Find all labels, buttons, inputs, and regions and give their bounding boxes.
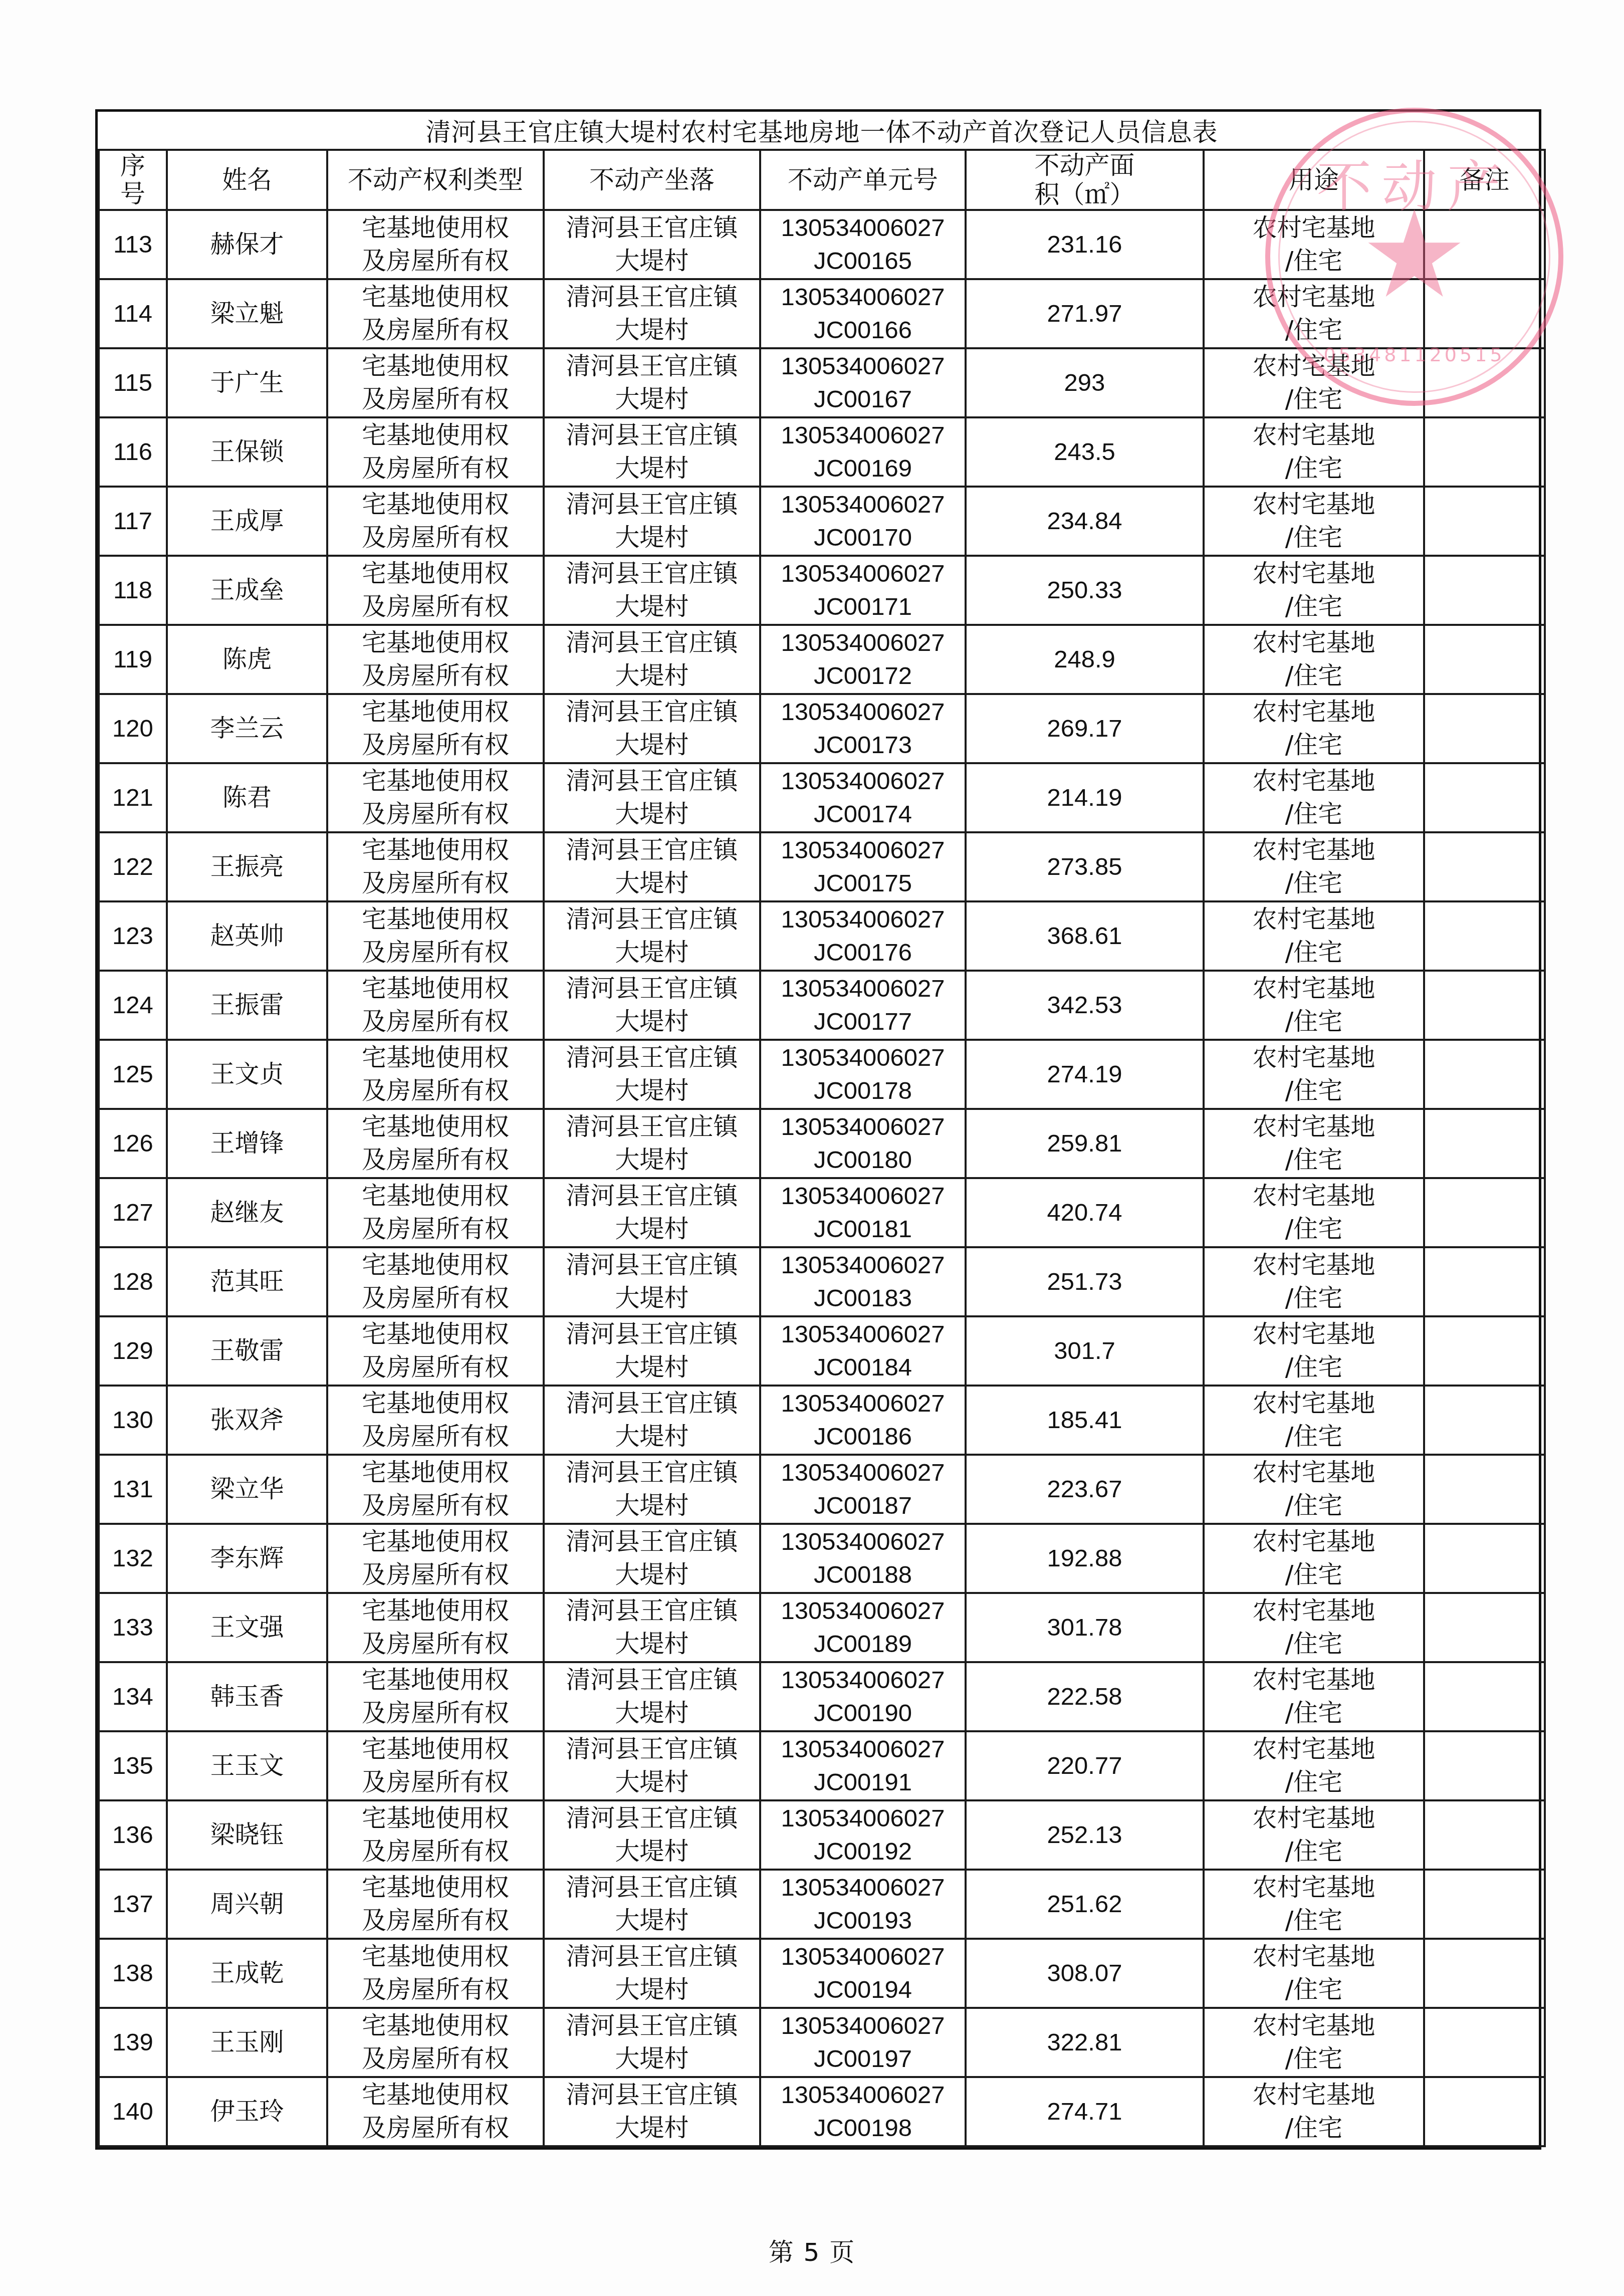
cell-location: 清河县王官庄镇 大堤村 <box>544 1662 760 1731</box>
cell-right-type: 宅基地使用权 及房屋所有权 <box>327 348 544 417</box>
cell-name: 范其旺 <box>167 1247 327 1316</box>
cell-location-line2: 大堤村 <box>545 1766 759 1799</box>
cell-name: 王敬雷 <box>167 1316 327 1386</box>
cell-unit-no-line2: JC00187 <box>761 1489 965 1522</box>
cell-location-line2: 大堤村 <box>545 729 759 762</box>
cell-right-type-line2: 及房屋所有权 <box>328 521 543 554</box>
table-row: 125 王文贞 宅基地使用权 及房屋所有权 清河县王官庄镇 大堤村 130534… <box>99 1040 1545 1109</box>
cell-location-line1: 清河县王官庄镇 <box>545 419 759 452</box>
cell-use-line2: /住宅 <box>1205 659 1423 693</box>
cell-seq: 132 <box>99 1524 167 1593</box>
cell-unit-no: 130534006027 JC00187 <box>760 1455 966 1524</box>
cell-location-line1: 清河县王官庄镇 <box>545 1664 759 1697</box>
cell-area: 251.62 <box>966 1870 1204 1939</box>
cell-right-type-line2: 及房屋所有权 <box>328 383 543 416</box>
cell-right-type-line2: 及房屋所有权 <box>328 729 543 762</box>
cell-unit-no-line1: 130534006027 <box>761 419 965 452</box>
header-right-type: 不动产权利类型 <box>327 150 544 210</box>
table-row: 122 王振亮 宅基地使用权 及房屋所有权 清河县王官庄镇 大堤村 130534… <box>99 832 1545 901</box>
cell-location-line2: 大堤村 <box>545 867 759 900</box>
cell-right-type-line1: 宅基地使用权 <box>328 1664 543 1697</box>
cell-right-type-line2: 及房屋所有权 <box>328 314 543 347</box>
cell-use-line1: 农村宅基地 <box>1205 1180 1423 1213</box>
cell-area: 259.81 <box>966 1109 1204 1178</box>
cell-location-line1: 清河县王官庄镇 <box>545 903 759 936</box>
cell-location-line2: 大堤村 <box>545 1558 759 1591</box>
table-row: 127 赵继友 宅基地使用权 及房屋所有权 清河县王官庄镇 大堤村 130534… <box>99 1178 1545 1247</box>
cell-right-type-line2: 及房屋所有权 <box>328 1282 543 1315</box>
cell-location: 清河县王官庄镇 大堤村 <box>544 1316 760 1386</box>
cell-unit-no-line1: 130534006027 <box>761 1733 965 1766</box>
cell-right-type: 宅基地使用权 及房屋所有权 <box>327 1524 544 1593</box>
cell-area: 192.88 <box>966 1524 1204 1593</box>
cell-unit-no-line2: JC00170 <box>761 521 965 554</box>
cell-unit-no-line2: JC00193 <box>761 1904 965 1937</box>
cell-area: 420.74 <box>966 1178 1204 1247</box>
cell-location-line1: 清河县王官庄镇 <box>545 1249 759 1282</box>
cell-use-line1: 农村宅基地 <box>1205 696 1423 729</box>
cell-note <box>1424 279 1545 348</box>
cell-unit-no: 130534006027 JC00180 <box>760 1109 966 1178</box>
cell-location-line2: 大堤村 <box>545 1351 759 1384</box>
cell-right-type-line2: 及房屋所有权 <box>328 867 543 900</box>
cell-use-line2: /住宅 <box>1205 2112 1423 2145</box>
cell-right-type-line1: 宅基地使用权 <box>328 903 543 936</box>
cell-use-line1: 农村宅基地 <box>1205 1110 1423 1143</box>
cell-seq: 130 <box>99 1386 167 1455</box>
cell-seq: 138 <box>99 1939 167 2008</box>
cell-seq: 117 <box>99 487 167 556</box>
cell-right-type-line1: 宅基地使用权 <box>328 1249 543 1282</box>
cell-right-type: 宅基地使用权 及房屋所有权 <box>327 556 544 625</box>
cell-note <box>1424 210 1545 279</box>
cell-unit-no-line2: JC00184 <box>761 1351 965 1384</box>
table-row: 117 王成厚 宅基地使用权 及房屋所有权 清河县王官庄镇 大堤村 130534… <box>99 487 1545 556</box>
cell-area: 301.7 <box>966 1316 1204 1386</box>
cell-name: 梁晓钰 <box>167 1800 327 1870</box>
cell-right-type-line2: 及房屋所有权 <box>328 1766 543 1799</box>
cell-use-line1: 农村宅基地 <box>1205 903 1423 936</box>
cell-location-line2: 大堤村 <box>545 452 759 485</box>
cell-right-type-line1: 宅基地使用权 <box>328 972 543 1005</box>
cell-use-line1: 农村宅基地 <box>1205 1249 1423 1282</box>
cell-area: 274.71 <box>966 2077 1204 2146</box>
cell-unit-no-line2: JC00167 <box>761 383 965 416</box>
cell-seq: 115 <box>99 348 167 417</box>
cell-location-line2: 大堤村 <box>545 1213 759 1246</box>
cell-right-type: 宅基地使用权 及房屋所有权 <box>327 1316 544 1386</box>
cell-unit-no-line2: JC00180 <box>761 1143 965 1177</box>
cell-unit-no-line1: 130534006027 <box>761 2079 965 2112</box>
table-row: 140 伊玉玲 宅基地使用权 及房屋所有权 清河县王官庄镇 大堤村 130534… <box>99 2077 1545 2146</box>
cell-location-line2: 大堤村 <box>545 1005 759 1038</box>
cell-use: 农村宅基地 /住宅 <box>1204 1731 1424 1800</box>
cell-unit-no-line2: JC00194 <box>761 1973 965 2006</box>
cell-right-type: 宅基地使用权 及房屋所有权 <box>327 971 544 1040</box>
header-area: 不动产面 积（㎡） <box>966 150 1204 210</box>
cell-use: 农村宅基地 /住宅 <box>1204 1939 1424 2008</box>
cell-right-type-line2: 及房屋所有权 <box>328 1628 543 1661</box>
cell-seq: 135 <box>99 1731 167 1800</box>
cell-use-line1: 农村宅基地 <box>1205 2079 1423 2112</box>
header-area-line1: 不动产面 <box>967 151 1203 180</box>
cell-location-line1: 清河县王官庄镇 <box>545 1180 759 1213</box>
cell-use-line1: 农村宅基地 <box>1205 1733 1423 1766</box>
cell-unit-no-line2: JC00183 <box>761 1282 965 1315</box>
cell-area: 252.13 <box>966 1800 1204 1870</box>
cell-location: 清河县王官庄镇 大堤村 <box>544 210 760 279</box>
cell-name: 陈虎 <box>167 625 327 694</box>
cell-use: 农村宅基地 /住宅 <box>1204 1593 1424 1662</box>
cell-location-line1: 清河县王官庄镇 <box>545 2079 759 2112</box>
cell-use: 农村宅基地 /住宅 <box>1204 1662 1424 1731</box>
cell-use: 农村宅基地 /住宅 <box>1204 1524 1424 1593</box>
cell-unit-no: 130534006027 JC00197 <box>760 2008 966 2077</box>
cell-use-line2: /住宅 <box>1205 314 1423 347</box>
cell-right-type-line1: 宅基地使用权 <box>328 2009 543 2042</box>
cell-unit-no-line2: JC00188 <box>761 1558 965 1591</box>
cell-unit-no-line1: 130534006027 <box>761 765 965 798</box>
cell-unit-no: 130534006027 JC00181 <box>760 1178 966 1247</box>
cell-area: 220.77 <box>966 1731 1204 1800</box>
cell-location: 清河县王官庄镇 大堤村 <box>544 1178 760 1247</box>
cell-location-line2: 大堤村 <box>545 1904 759 1937</box>
cell-unit-no: 130534006027 JC00183 <box>760 1247 966 1316</box>
cell-use-line2: /住宅 <box>1205 1697 1423 1730</box>
cell-note <box>1424 901 1545 971</box>
cell-note <box>1424 1178 1545 1247</box>
cell-right-type-line1: 宅基地使用权 <box>328 1871 543 1904</box>
cell-use: 农村宅基地 /住宅 <box>1204 1455 1424 1524</box>
cell-location-line2: 大堤村 <box>545 245 759 278</box>
cell-location-line2: 大堤村 <box>545 314 759 347</box>
cell-use: 农村宅基地 /住宅 <box>1204 2077 1424 2146</box>
cell-unit-no-line2: JC00189 <box>761 1628 965 1661</box>
cell-location-line1: 清河县王官庄镇 <box>545 2009 759 2042</box>
cell-name: 王文强 <box>167 1593 327 1662</box>
cell-location: 清河县王官庄镇 大堤村 <box>544 1455 760 1524</box>
table-row: 113 赫保才 宅基地使用权 及房屋所有权 清河县王官庄镇 大堤村 130534… <box>99 210 1545 279</box>
cell-name: 王玉刚 <box>167 2008 327 2077</box>
table-row: 139 王玉刚 宅基地使用权 及房屋所有权 清河县王官庄镇 大堤村 130534… <box>99 2008 1545 2077</box>
cell-location: 清河县王官庄镇 大堤村 <box>544 1593 760 1662</box>
header-name: 姓名 <box>167 150 327 210</box>
cell-use: 农村宅基地 /住宅 <box>1204 901 1424 971</box>
cell-location: 清河县王官庄镇 大堤村 <box>544 1524 760 1593</box>
cell-location-line2: 大堤村 <box>545 659 759 693</box>
cell-note <box>1424 487 1545 556</box>
cell-location: 清河县王官庄镇 大堤村 <box>544 1386 760 1455</box>
cell-name: 李兰云 <box>167 694 327 763</box>
cell-right-type-line2: 及房屋所有权 <box>328 1835 543 1868</box>
cell-unit-no-line1: 130534006027 <box>761 834 965 867</box>
cell-right-type: 宅基地使用权 及房屋所有权 <box>327 1731 544 1800</box>
cell-name: 王成厚 <box>167 487 327 556</box>
cell-unit-no-line1: 130534006027 <box>761 972 965 1005</box>
cell-seq: 113 <box>99 210 167 279</box>
cell-use: 农村宅基地 /住宅 <box>1204 1870 1424 1939</box>
cell-unit-no: 130534006027 JC00191 <box>760 1731 966 1800</box>
cell-unit-no-line1: 130534006027 <box>761 211 965 245</box>
cell-note <box>1424 1939 1545 2008</box>
cell-seq: 133 <box>99 1593 167 1662</box>
cell-right-type-line1: 宅基地使用权 <box>328 488 543 521</box>
cell-unit-no-line2: JC00186 <box>761 1420 965 1453</box>
cell-use-line1: 农村宅基地 <box>1205 1041 1423 1074</box>
cell-area: 368.61 <box>966 901 1204 971</box>
cell-seq: 123 <box>99 901 167 971</box>
cell-area: 231.16 <box>966 210 1204 279</box>
cell-use-line2: /住宅 <box>1205 1420 1423 1453</box>
cell-name: 王振雷 <box>167 971 327 1040</box>
cell-seq: 122 <box>99 832 167 901</box>
cell-location-line1: 清河县王官庄镇 <box>545 488 759 521</box>
cell-location-line2: 大堤村 <box>545 1835 759 1868</box>
cell-location-line1: 清河县王官庄镇 <box>545 1940 759 1973</box>
title-row: 清河县王官庄镇大堤村农村宅基地房地一体不动产首次登记人员信息表 <box>99 112 1545 150</box>
cell-unit-no: 130534006027 JC00194 <box>760 1939 966 2008</box>
cell-unit-no-line2: JC00198 <box>761 2112 965 2145</box>
header-row: 序 号 姓名 不动产权利类型 不动产坐落 不动产单元号 不动产面 积（㎡） 用途… <box>99 150 1545 210</box>
table-row: 132 李东辉 宅基地使用权 及房屋所有权 清河县王官庄镇 大堤村 130534… <box>99 1524 1545 1593</box>
cell-unit-no-line2: JC00172 <box>761 659 965 693</box>
cell-use-line2: /住宅 <box>1205 798 1423 831</box>
cell-unit-no-line1: 130534006027 <box>761 1387 965 1420</box>
cell-location-line2: 大堤村 <box>545 383 759 416</box>
cell-location: 清河县王官庄镇 大堤村 <box>544 487 760 556</box>
cell-use: 农村宅基地 /住宅 <box>1204 1316 1424 1386</box>
cell-unit-no-line1: 130534006027 <box>761 1664 965 1697</box>
cell-use-line2: /住宅 <box>1205 867 1423 900</box>
page-number: 第 5 页 <box>0 2232 1624 2268</box>
cell-note <box>1424 625 1545 694</box>
cell-use-line2: /住宅 <box>1205 2042 1423 2076</box>
cell-use-line2: /住宅 <box>1205 1489 1423 1522</box>
cell-use-line2: /住宅 <box>1205 1005 1423 1038</box>
cell-use: 农村宅基地 /住宅 <box>1204 1386 1424 1455</box>
cell-right-type-line1: 宅基地使用权 <box>328 1733 543 1766</box>
cell-location: 清河县王官庄镇 大堤村 <box>544 1939 760 2008</box>
cell-use: 农村宅基地 /住宅 <box>1204 625 1424 694</box>
table-row: 118 王成垒 宅基地使用权 及房屋所有权 清河县王官庄镇 大堤村 130534… <box>99 556 1545 625</box>
cell-location-line1: 清河县王官庄镇 <box>545 696 759 729</box>
cell-unit-no-line2: JC00166 <box>761 314 965 347</box>
table-row: 137 周兴朝 宅基地使用权 及房屋所有权 清河县王官庄镇 大堤村 130534… <box>99 1870 1545 1939</box>
table-row: 120 李兰云 宅基地使用权 及房屋所有权 清河县王官庄镇 大堤村 130534… <box>99 694 1545 763</box>
cell-right-type-line1: 宅基地使用权 <box>328 2079 543 2112</box>
cell-unit-no: 130534006027 JC00174 <box>760 763 966 832</box>
cell-right-type-line1: 宅基地使用权 <box>328 1318 543 1351</box>
table-row: 123 赵英帅 宅基地使用权 及房屋所有权 清河县王官庄镇 大堤村 130534… <box>99 901 1545 971</box>
cell-right-type-line2: 及房屋所有权 <box>328 1697 543 1730</box>
cell-location: 清河县王官庄镇 大堤村 <box>544 1870 760 1939</box>
cell-right-type-line2: 及房屋所有权 <box>328 1558 543 1591</box>
cell-note <box>1424 2077 1545 2146</box>
cell-location: 清河县王官庄镇 大堤村 <box>544 1040 760 1109</box>
cell-location-line2: 大堤村 <box>545 1074 759 1107</box>
cell-right-type-line1: 宅基地使用权 <box>328 1940 543 1973</box>
cell-name: 于广生 <box>167 348 327 417</box>
cell-unit-no-line2: JC00191 <box>761 1766 965 1799</box>
cell-use-line1: 农村宅基地 <box>1205 2009 1423 2042</box>
cell-unit-no-line1: 130534006027 <box>761 488 965 521</box>
cell-use: 农村宅基地 /住宅 <box>1204 417 1424 487</box>
cell-use-line2: /住宅 <box>1205 936 1423 969</box>
cell-unit-no: 130534006027 JC00198 <box>760 2077 966 2146</box>
cell-use: 农村宅基地 /住宅 <box>1204 2008 1424 2077</box>
cell-use: 农村宅基地 /住宅 <box>1204 832 1424 901</box>
cell-right-type-line1: 宅基地使用权 <box>328 765 543 798</box>
cell-use-line2: /住宅 <box>1205 729 1423 762</box>
cell-location-line1: 清河县王官庄镇 <box>545 1387 759 1420</box>
cell-location-line2: 大堤村 <box>545 1628 759 1661</box>
cell-unit-no: 130534006027 JC00166 <box>760 279 966 348</box>
cell-right-type-line2: 及房屋所有权 <box>328 1904 543 1937</box>
table-row: 136 梁晓钰 宅基地使用权 及房屋所有权 清河县王官庄镇 大堤村 130534… <box>99 1800 1545 1870</box>
cell-area: 301.78 <box>966 1593 1204 1662</box>
cell-use-line1: 农村宅基地 <box>1205 1387 1423 1420</box>
cell-unit-no: 130534006027 JC00172 <box>760 625 966 694</box>
cell-note <box>1424 417 1545 487</box>
cell-use-line2: /住宅 <box>1205 1213 1423 1246</box>
cell-unit-no-line1: 130534006027 <box>761 1456 965 1489</box>
header-unit-no: 不动产单元号 <box>760 150 966 210</box>
cell-unit-no-line1: 130534006027 <box>761 350 965 383</box>
cell-location-line2: 大堤村 <box>545 936 759 969</box>
table-row: 133 王文强 宅基地使用权 及房屋所有权 清河县王官庄镇 大堤村 130534… <box>99 1593 1545 1662</box>
cell-location-line2: 大堤村 <box>545 1973 759 2006</box>
cell-right-type: 宅基地使用权 及房屋所有权 <box>327 694 544 763</box>
cell-right-type-line1: 宅基地使用权 <box>328 1387 543 1420</box>
cell-location-line2: 大堤村 <box>545 1697 759 1730</box>
cell-location-line1: 清河县王官庄镇 <box>545 1041 759 1074</box>
cell-location-line2: 大堤村 <box>545 1143 759 1177</box>
cell-use-line1: 农村宅基地 <box>1205 488 1423 521</box>
cell-note <box>1424 1247 1545 1316</box>
cell-name: 韩玉香 <box>167 1662 327 1731</box>
cell-unit-no-line2: JC00174 <box>761 798 965 831</box>
cell-area: 223.67 <box>966 1455 1204 1524</box>
cell-unit-no: 130534006027 JC00176 <box>760 901 966 971</box>
table-row: 126 王增锋 宅基地使用权 及房屋所有权 清河县王官庄镇 大堤村 130534… <box>99 1109 1545 1178</box>
table-row: 129 王敬雷 宅基地使用权 及房屋所有权 清河县王官庄镇 大堤村 130534… <box>99 1316 1545 1386</box>
cell-right-type-line2: 及房屋所有权 <box>328 936 543 969</box>
cell-location-line2: 大堤村 <box>545 798 759 831</box>
cell-unit-no-line1: 130534006027 <box>761 557 965 590</box>
table-row: 115 于广生 宅基地使用权 及房屋所有权 清河县王官庄镇 大堤村 130534… <box>99 348 1545 417</box>
cell-right-type-line1: 宅基地使用权 <box>328 834 543 867</box>
cell-use-line2: /住宅 <box>1205 1835 1423 1868</box>
cell-use-line2: /住宅 <box>1205 452 1423 485</box>
cell-seq: 137 <box>99 1870 167 1939</box>
cell-seq: 129 <box>99 1316 167 1386</box>
cell-location: 清河县王官庄镇 大堤村 <box>544 2077 760 2146</box>
cell-name: 梁立魁 <box>167 279 327 348</box>
cell-location-line1: 清河县王官庄镇 <box>545 972 759 1005</box>
table-row: 134 韩玉香 宅基地使用权 及房屋所有权 清河县王官庄镇 大堤村 130534… <box>99 1662 1545 1731</box>
registration-table: 清河县王官庄镇大堤村农村宅基地房地一体不动产首次登记人员信息表 序 号 姓名 不… <box>98 112 1546 2147</box>
cell-location-line1: 清河县王官庄镇 <box>545 1802 759 1835</box>
cell-unit-no-line2: JC00175 <box>761 867 965 900</box>
cell-unit-no-line1: 130534006027 <box>761 2009 965 2042</box>
cell-name: 王成垒 <box>167 556 327 625</box>
cell-area: 269.17 <box>966 694 1204 763</box>
cell-seq: 121 <box>99 763 167 832</box>
cell-unit-no: 130534006027 JC00173 <box>760 694 966 763</box>
cell-use-line1: 农村宅基地 <box>1205 1594 1423 1628</box>
cell-location-line1: 清河县王官庄镇 <box>545 626 759 659</box>
cell-right-type: 宅基地使用权 及房屋所有权 <box>327 279 544 348</box>
cell-location: 清河县王官庄镇 大堤村 <box>544 279 760 348</box>
cell-right-type-line1: 宅基地使用权 <box>328 1594 543 1628</box>
cell-unit-no-line1: 130534006027 <box>761 1318 965 1351</box>
cell-right-type: 宅基地使用权 及房屋所有权 <box>327 1109 544 1178</box>
cell-use-line1: 农村宅基地 <box>1205 419 1423 452</box>
cell-seq: 116 <box>99 417 167 487</box>
cell-note <box>1424 1386 1545 1455</box>
cell-area: 274.19 <box>966 1040 1204 1109</box>
cell-note <box>1424 1593 1545 1662</box>
cell-right-type: 宅基地使用权 及房屋所有权 <box>327 210 544 279</box>
cell-unit-no: 130534006027 JC00193 <box>760 1870 966 1939</box>
header-location: 不动产坐落 <box>544 150 760 210</box>
cell-right-type-line2: 及房屋所有权 <box>328 245 543 278</box>
cell-name: 王保锁 <box>167 417 327 487</box>
cell-use: 农村宅基地 /住宅 <box>1204 1247 1424 1316</box>
cell-use-line1: 农村宅基地 <box>1205 1802 1423 1835</box>
cell-unit-no: 130534006027 JC00189 <box>760 1593 966 1662</box>
cell-note <box>1424 971 1545 1040</box>
cell-use-line2: /住宅 <box>1205 245 1423 278</box>
cell-location-line1: 清河县王官庄镇 <box>545 1871 759 1904</box>
cell-location: 清河县王官庄镇 大堤村 <box>544 1109 760 1178</box>
cell-location-line1: 清河县王官庄镇 <box>545 557 759 590</box>
cell-unit-no-line1: 130534006027 <box>761 696 965 729</box>
cell-location: 清河县王官庄镇 大堤村 <box>544 763 760 832</box>
cell-location-line1: 清河县王官庄镇 <box>545 1456 759 1489</box>
cell-use-line1: 农村宅基地 <box>1205 350 1423 383</box>
cell-unit-no-line1: 130534006027 <box>761 1180 965 1213</box>
cell-area: 243.5 <box>966 417 1204 487</box>
header-seq-line2: 号 <box>100 180 166 208</box>
cell-right-type: 宅基地使用权 及房屋所有权 <box>327 1386 544 1455</box>
cell-unit-no-line1: 130534006027 <box>761 626 965 659</box>
cell-area: 342.53 <box>966 971 1204 1040</box>
cell-location-line1: 清河县王官庄镇 <box>545 350 759 383</box>
cell-right-type: 宅基地使用权 及房屋所有权 <box>327 1247 544 1316</box>
cell-use-line2: /住宅 <box>1205 521 1423 554</box>
cell-note <box>1424 1524 1545 1593</box>
cell-seq: 120 <box>99 694 167 763</box>
cell-name: 赵英帅 <box>167 901 327 971</box>
cell-right-type-line1: 宅基地使用权 <box>328 626 543 659</box>
cell-use: 农村宅基地 /住宅 <box>1204 210 1424 279</box>
table-row: 114 梁立魁 宅基地使用权 及房屋所有权 清河县王官庄镇 大堤村 130534… <box>99 279 1545 348</box>
cell-location-line1: 清河县王官庄镇 <box>545 1525 759 1558</box>
cell-unit-no-line2: JC00181 <box>761 1213 965 1246</box>
cell-unit-no: 130534006027 JC00184 <box>760 1316 966 1386</box>
cell-right-type: 宅基地使用权 及房屋所有权 <box>327 2008 544 2077</box>
cell-right-type: 宅基地使用权 及房屋所有权 <box>327 417 544 487</box>
cell-name: 王增锋 <box>167 1109 327 1178</box>
cell-location-line2: 大堤村 <box>545 2112 759 2145</box>
cell-right-type: 宅基地使用权 及房屋所有权 <box>327 2077 544 2146</box>
registration-table-sheet: 清河县王官庄镇大堤村农村宅基地房地一体不动产首次登记人员信息表 序 号 姓名 不… <box>95 109 1541 2150</box>
cell-use-line2: /住宅 <box>1205 1143 1423 1177</box>
cell-name: 李东辉 <box>167 1524 327 1593</box>
cell-name: 张双斧 <box>167 1386 327 1455</box>
cell-use-line1: 农村宅基地 <box>1205 972 1423 1005</box>
